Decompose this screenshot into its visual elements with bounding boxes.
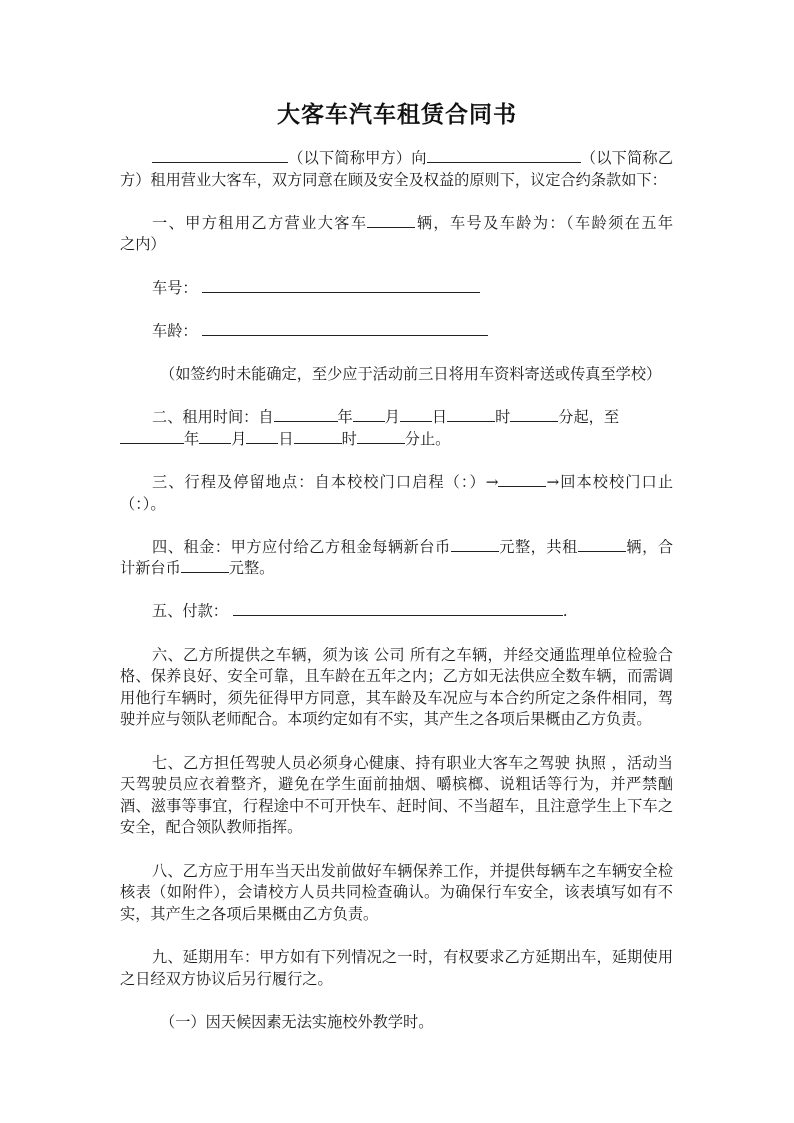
payment-label: 五、付款： xyxy=(152,602,228,620)
clause-text: . xyxy=(563,602,568,620)
vehicle-count-blank[interactable] xyxy=(367,213,415,228)
vehicle-age-blank[interactable] xyxy=(202,321,488,336)
clause-1: 一、甲方租用乙方营业大客车辆，车号及车龄为：（车龄须在五年之内） xyxy=(120,213,673,256)
clause-7: 七、乙方担任驾驶人员必须身心健康、持有职业大客车之驾驶 执照 ，活动当天驾驶员应… xyxy=(120,753,673,839)
preamble-text: （以下简称甲方）向 xyxy=(288,149,427,167)
end-minute-blank[interactable] xyxy=(357,429,405,444)
document-body: （以下简称甲方）向（以下简称乙方）租用营业大客车，双方同意在顾及安全及权益的原则… xyxy=(120,148,673,1033)
clause-text: 一、甲方租用乙方营业大客车 xyxy=(152,214,367,232)
plate-number-line: 车号： xyxy=(120,278,673,300)
rent-per-vehicle-blank[interactable] xyxy=(451,537,499,552)
preamble-text: （以下简称乙 xyxy=(581,149,673,167)
clause-9: 九、延期用车：甲方如有下列情况之一时，有权要求乙方延期出车，延期使用之日经双方协… xyxy=(120,947,673,990)
clause-text: 时 xyxy=(495,408,510,426)
clause-text: 日 xyxy=(432,408,447,426)
start-hour-blank[interactable] xyxy=(447,407,495,422)
clause-text: 年 xyxy=(184,430,199,448)
clause-text: 元整，共租 xyxy=(499,538,578,556)
clause-text: →回本校校门口 xyxy=(546,473,657,491)
age-label: 车龄： xyxy=(152,322,198,340)
vehicle-age-line: 车龄： xyxy=(120,321,673,343)
end-month-blank[interactable] xyxy=(199,429,231,444)
clause-text: 年 xyxy=(338,408,353,426)
start-minute-blank[interactable] xyxy=(510,407,558,422)
clause-3: 三、行程及停留地点：自本校校门口启程（：）→→回本校校门口止（：）。 xyxy=(120,472,673,515)
start-year-blank[interactable] xyxy=(274,407,338,422)
end-day-blank[interactable] xyxy=(246,429,278,444)
party-a-blank[interactable] xyxy=(152,148,288,163)
end-year-blank[interactable] xyxy=(120,429,184,444)
plate-number-blank[interactable] xyxy=(202,278,480,293)
clause-8: 八、乙方应于用车当天出发前做好车辆保养工作，并提供每辆车之车辆安全检核表（如附件… xyxy=(120,861,673,926)
start-day-blank[interactable] xyxy=(400,407,432,422)
preamble-text: 下： xyxy=(636,171,666,189)
clause-text: 分起，至 xyxy=(558,408,619,426)
clause-text: 元整。 xyxy=(229,559,275,577)
party-b-blank[interactable] xyxy=(427,148,581,163)
clause-9-item-1: （一）因天候因素无法实施校外教学时。 xyxy=(120,1012,673,1034)
clause-1-note: （如签约时未能确定，至少应于活动前三日将用车资料寄送或传真至学校） xyxy=(120,364,673,386)
clause-text: 四、租金：甲方应付给乙方租金每辆新台币 xyxy=(152,538,451,556)
clause-text: 时 xyxy=(342,430,357,448)
document-title: 大客车汽车租赁合同书 xyxy=(0,96,794,129)
total-rent-blank[interactable] xyxy=(181,558,229,573)
clause-text: 三、行程及停留地点：自本校校门口启程（：）→ xyxy=(152,473,498,491)
start-month-blank[interactable] xyxy=(353,407,385,422)
end-hour-blank[interactable] xyxy=(294,429,342,444)
clause-6: 六、乙方所提供之车辆，须为该 公司 所有之车辆，并经交通监理单位检验合格、保养良… xyxy=(120,645,673,731)
vehicle-total-blank[interactable] xyxy=(578,537,626,552)
clause-text: 辆，车号及车龄为：（车龄须在五年 xyxy=(415,214,673,232)
plate-label: 车号： xyxy=(152,279,198,297)
preamble-text: 方）租用营业大客车，双方同意在顾及安全及权益的原则下，议定合约条款如 xyxy=(120,171,636,189)
clause-text: 日 xyxy=(278,430,293,448)
clause-2: 二、租用时间：自年月日时分起，至年月日时分止。 xyxy=(120,407,673,450)
route-blank[interactable] xyxy=(498,472,546,487)
clause-4: 四、租金：甲方应付给乙方租金每辆新台币元整，共租辆，合计新台币元整。 xyxy=(120,537,673,580)
clause-5: 五、付款： . xyxy=(120,601,673,623)
document-page: 大客车汽车租赁合同书 （以下简称甲方）向（以下简称乙方）租用营业大客车，双方同意… xyxy=(0,0,794,1123)
clause-text: 二、租用时间：自 xyxy=(152,408,274,426)
clause-text: 辆， xyxy=(626,538,658,556)
payment-blank[interactable] xyxy=(233,601,563,616)
clause-text: 分止。 xyxy=(405,430,451,448)
clause-text: 月 xyxy=(385,408,400,426)
preamble: （以下简称甲方）向（以下简称乙方）租用营业大客车，双方同意在顾及安全及权益的原则… xyxy=(120,148,673,191)
clause-text: 月 xyxy=(231,430,246,448)
clause-text: 之内） xyxy=(120,235,166,253)
